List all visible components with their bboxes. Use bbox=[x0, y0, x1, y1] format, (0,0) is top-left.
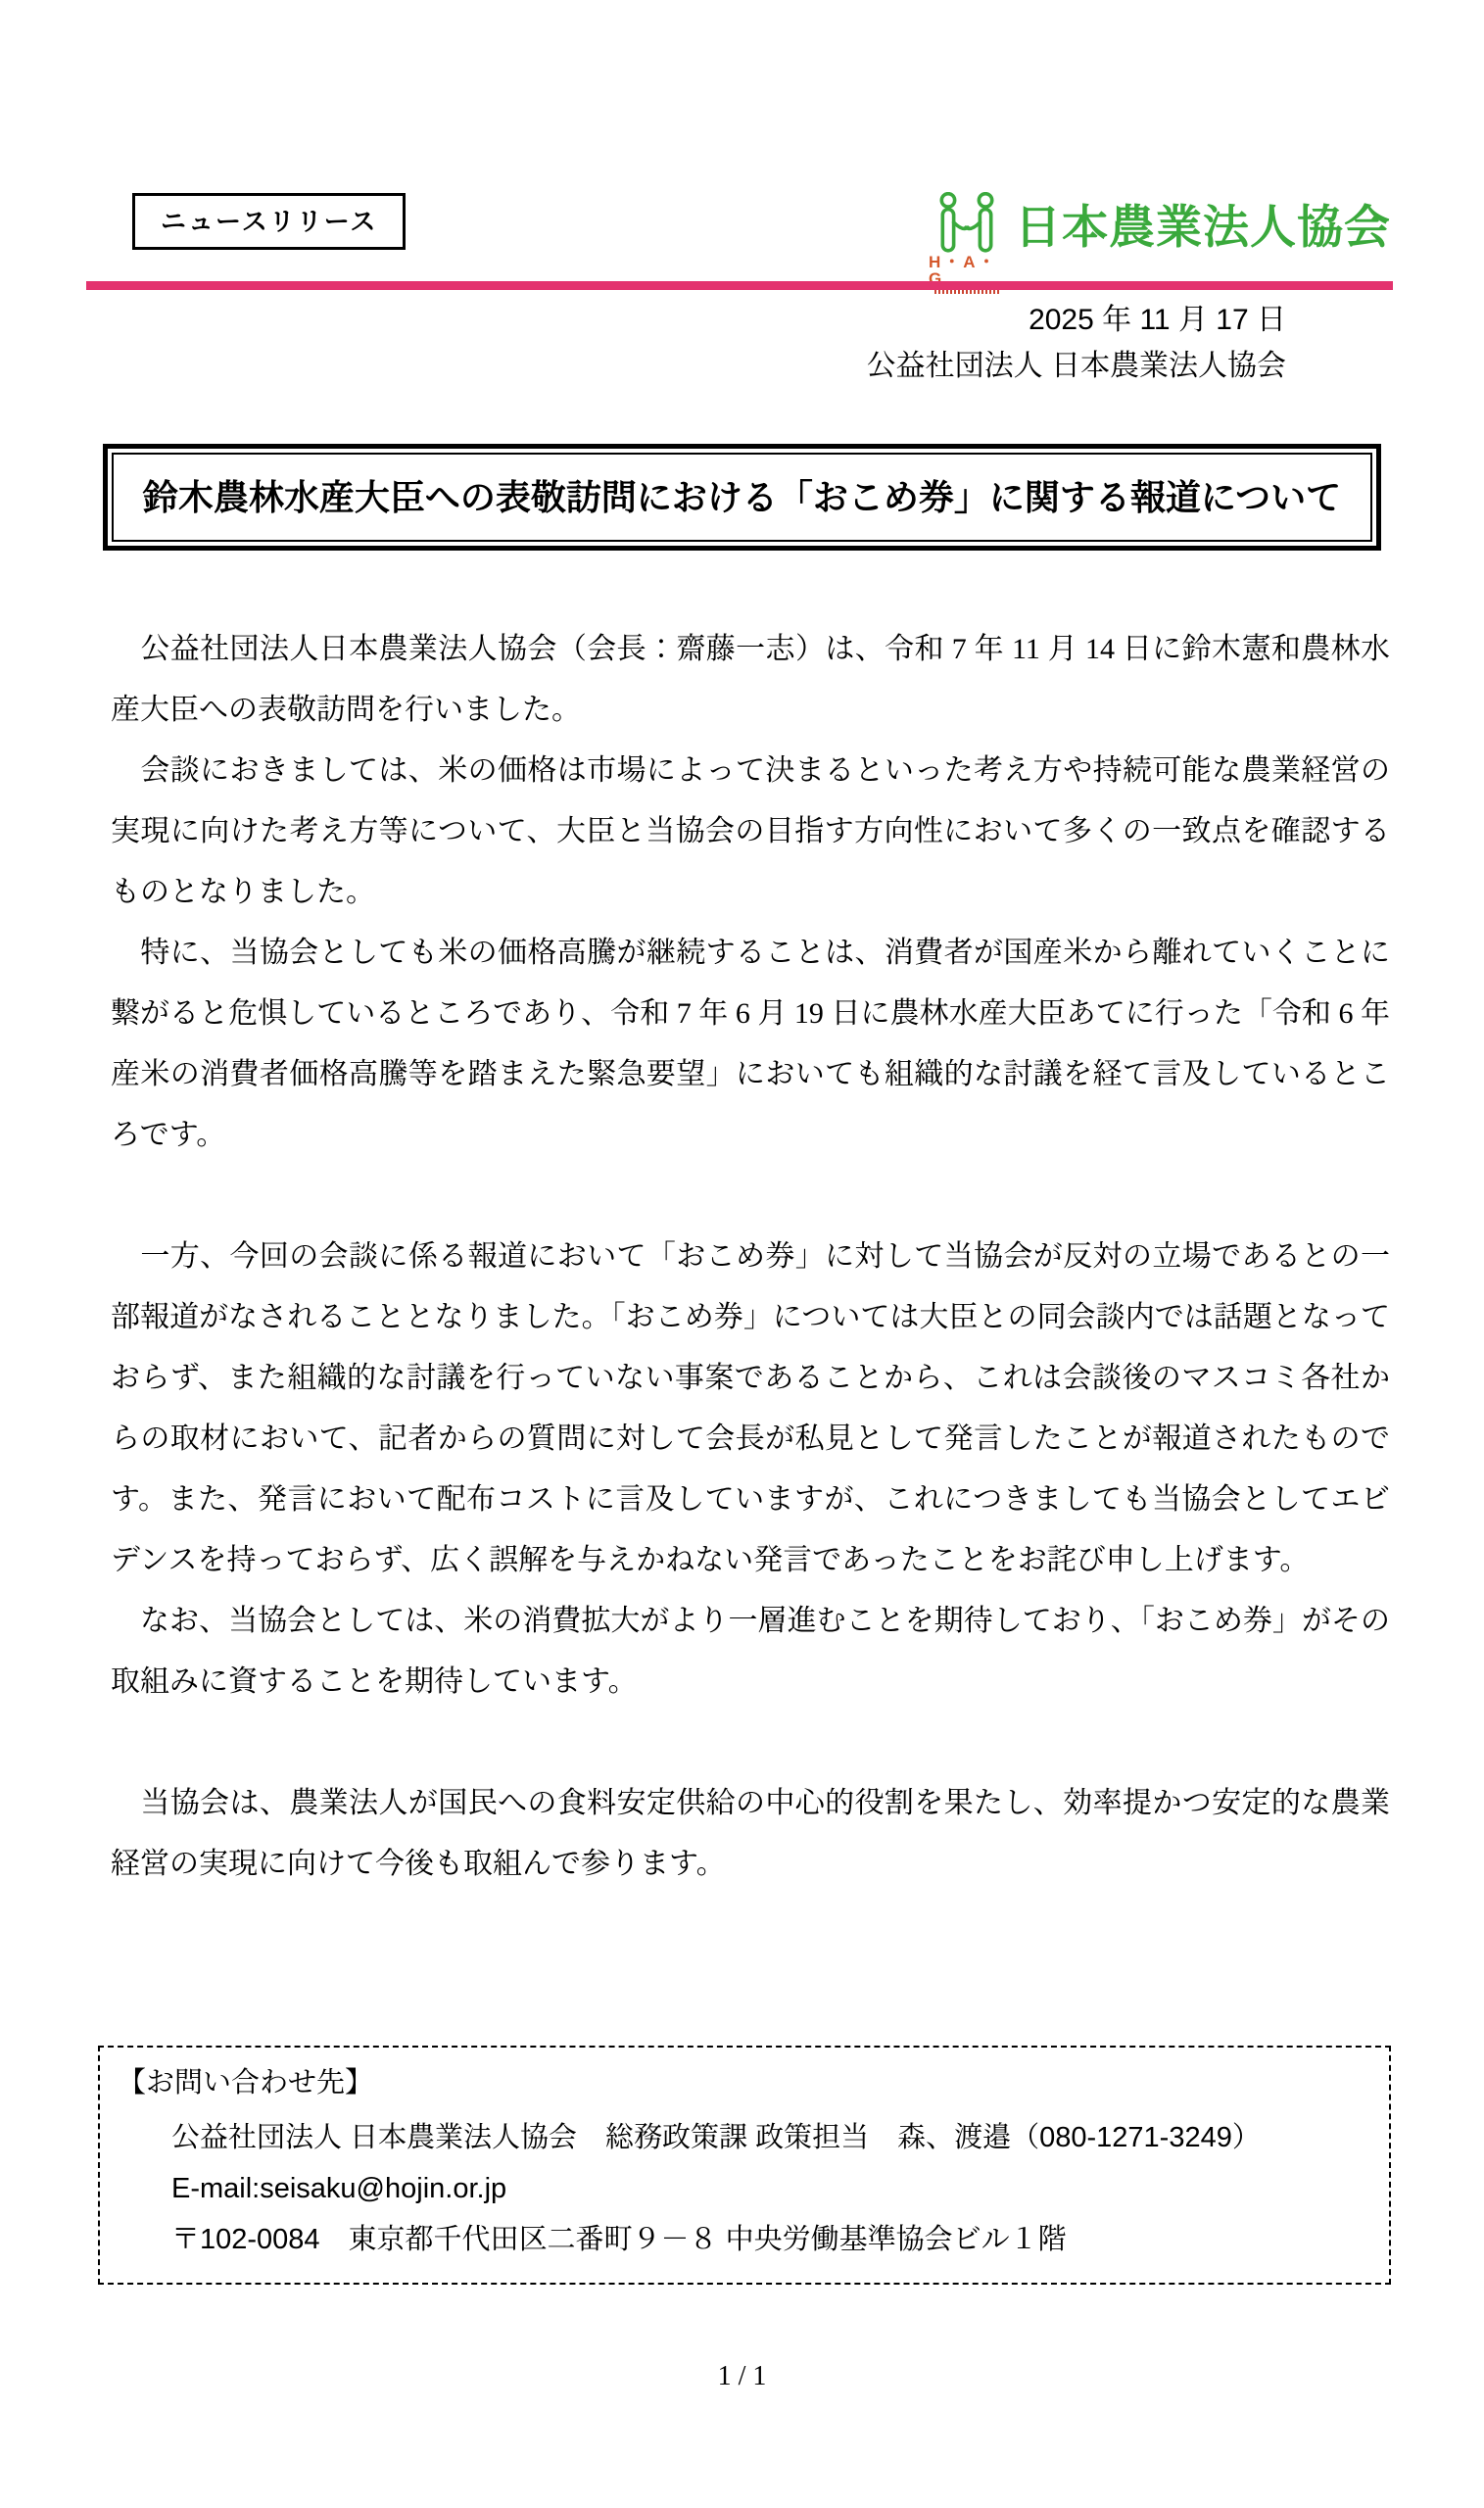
paragraph: 一方、今回の会談に係る報道において「おこめ券」に対して当協会が反対の立場であると… bbox=[111, 1227, 1390, 1591]
handshake-figures-icon bbox=[932, 192, 1002, 253]
organization-logo: H・A・G 日本農業法人協会 bbox=[929, 192, 1391, 294]
contact-box: 【お問い合わせ先】 公益社団法人 日本農業法人協会 総務政策課 政策担当 森、渡… bbox=[98, 2046, 1391, 2285]
document-title: 鈴木農林水産大臣への表敬訪問における「おこめ券」に関する報道について bbox=[112, 453, 1372, 542]
paragraph: 特に、当協会としても米の価格高騰が継続することは、消費者が国産米から離れていくこ… bbox=[111, 923, 1390, 1166]
press-release-page: ニュースリリース H・A・G 日本農業法人協会 2025 年 11 月 17 日… bbox=[0, 0, 1484, 2508]
issuing-organization: 公益社団法人 日本農業法人協会 bbox=[867, 343, 1286, 389]
page-number: 1 / 1 bbox=[0, 2363, 1484, 2390]
paragraph-block: 公益社団法人日本農業法人協会（会長：齋藤一志）は、令和 7 年 11 月 14 … bbox=[111, 619, 1390, 1166]
contact-line: E-mail:seisaku@hojin.or.jp bbox=[171, 2163, 1371, 2214]
document-title-box: 鈴木農林水産大臣への表敬訪問における「おこめ券」に関する報道について bbox=[103, 444, 1381, 551]
contact-lines: 公益社団法人 日本農業法人協会 総務政策課 政策担当 森、渡邉（080-1271… bbox=[118, 2112, 1371, 2265]
logo-tagline-illegible bbox=[934, 290, 999, 294]
accent-divider-line bbox=[86, 281, 1393, 290]
paragraph: 会談におきましては、米の価格は市場によって決まるといった考え方や持続可能な農業経… bbox=[111, 741, 1390, 923]
contact-line: 公益社団法人 日本農業法人協会 総務政策課 政策担当 森、渡邉（080-1271… bbox=[171, 2112, 1371, 2163]
release-date: 2025 年 11 月 17 日 bbox=[867, 297, 1286, 343]
contact-line: 〒102-0084 東京都千代田区二番町９－８ 中央労働基準協会ビル１階 bbox=[171, 2214, 1371, 2265]
logo-organization-name: 日本農業法人協会 bbox=[1015, 204, 1391, 250]
hag-logo-mark: H・A・G bbox=[929, 192, 1005, 294]
paragraph: なお、当協会としては、米の消費拡大がより一層進むことを期待しており、「おこめ券」… bbox=[111, 1591, 1390, 1712]
paragraph: 当協会は、農業法人が国民への食料安定供給の中心的役割を果たし、効率提かつ安定的な… bbox=[111, 1773, 1390, 1895]
news-release-label: ニュースリリース bbox=[132, 193, 406, 250]
contact-heading: 【お問い合わせ先】 bbox=[118, 2061, 1371, 2104]
paragraph-block: 一方、今回の会談に係る報道において「おこめ券」に対して当協会が反対の立場であると… bbox=[111, 1227, 1390, 1712]
body-text: 公益社団法人日本農業法人協会（会長：齋藤一志）は、令和 7 年 11 月 14 … bbox=[111, 619, 1390, 1895]
date-block: 2025 年 11 月 17 日 公益社団法人 日本農業法人協会 bbox=[867, 297, 1286, 389]
paragraph-block: 当協会は、農業法人が国民への食料安定供給の中心的役割を果たし、効率提かつ安定的な… bbox=[111, 1773, 1390, 1895]
paragraph: 公益社団法人日本農業法人協会（会長：齋藤一志）は、令和 7 年 11 月 14 … bbox=[111, 619, 1390, 741]
